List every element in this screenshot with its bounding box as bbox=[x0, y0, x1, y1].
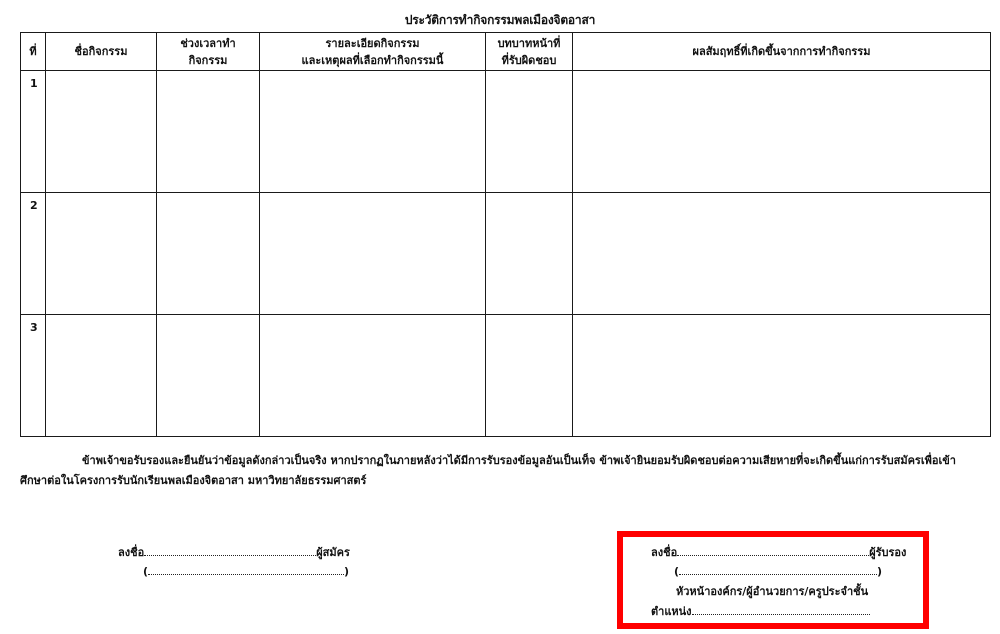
certifier-position-line: ตำแหน่ง bbox=[651, 602, 870, 622]
certifier-position-label: ตำแหน่ง bbox=[651, 605, 692, 618]
certifier-title-label: หัวหน้าองค์กร/ผู้อำนวยการ/ครูประจำชั้น bbox=[676, 582, 868, 602]
certifier-name-line: () bbox=[674, 562, 882, 582]
activity-period-cell[interactable] bbox=[157, 315, 260, 437]
activity-details-cell[interactable] bbox=[260, 193, 486, 315]
certifier-position-field[interactable] bbox=[692, 603, 870, 615]
result-cell[interactable] bbox=[573, 193, 991, 315]
header-activity-name: ชื่อกิจกรรม bbox=[46, 33, 157, 71]
activity-period-cell[interactable] bbox=[157, 71, 260, 193]
result-cell[interactable] bbox=[573, 71, 991, 193]
certifier-signature-field[interactable] bbox=[677, 544, 869, 556]
close-paren: ) bbox=[877, 565, 882, 578]
row-number: 2 bbox=[21, 193, 46, 315]
activity-name-cell[interactable] bbox=[46, 315, 157, 437]
table-row: 3 bbox=[21, 315, 991, 437]
header-result: ผลสัมฤทธิ์ที่เกิดขึ้นจากการทำกิจกรรม bbox=[573, 33, 991, 71]
result-cell[interactable] bbox=[573, 315, 991, 437]
role-cell[interactable] bbox=[486, 71, 573, 193]
activity-name-cell[interactable] bbox=[46, 193, 157, 315]
declaration-paragraph: ข้าพเจ้าขอรับรองและยืนยันว่าข้อมูลดังกล่… bbox=[20, 451, 980, 491]
activity-name-cell[interactable] bbox=[46, 71, 157, 193]
row-number: 3 bbox=[21, 315, 46, 437]
row-number: 1 bbox=[21, 71, 46, 193]
document-title: ประวัติการทำกิจกรรมพลเมืองจิตอาสา bbox=[0, 11, 1000, 30]
header-activity-period: ช่วงเวลาทำกิจกรรม bbox=[157, 33, 260, 71]
certifier-signature-line: ลงชื่อผู้รับรอง bbox=[651, 543, 906, 563]
header-activity-details: รายละเอียดกิจกรรมและเหตุผลที่เลือกทำกิจก… bbox=[260, 33, 486, 71]
role-cell[interactable] bbox=[486, 315, 573, 437]
applicant-sign-label: ลงชื่อ bbox=[118, 546, 144, 559]
applicant-name-field[interactable] bbox=[148, 563, 344, 575]
close-paren: ) bbox=[344, 565, 349, 578]
certifier-name-field[interactable] bbox=[679, 563, 877, 575]
applicant-signature-line: ลงชื่อผู้สมัคร bbox=[118, 543, 350, 563]
activity-details-cell[interactable] bbox=[260, 71, 486, 193]
applicant-role-label: ผู้สมัคร bbox=[316, 546, 350, 559]
header-number: ที่ bbox=[21, 33, 46, 71]
activity-history-table: ที่ ชื่อกิจกรรม ช่วงเวลาทำกิจกรรม รายละเ… bbox=[20, 32, 991, 437]
table-row: 2 bbox=[21, 193, 991, 315]
table-row: 1 bbox=[21, 71, 991, 193]
table-header-row: ที่ ชื่อกิจกรรม ช่วงเวลาทำกิจกรรม รายละเ… bbox=[21, 33, 991, 71]
certifier-sign-label: ลงชื่อ bbox=[651, 546, 677, 559]
declaration-line-1: ข้าพเจ้าขอรับรองและยืนยันว่าข้อมูลดังกล่… bbox=[20, 451, 980, 471]
applicant-name-line: () bbox=[143, 562, 349, 582]
declaration-line-2: ศึกษาต่อในโครงการรับนักเรียนพลเมืองจิตอา… bbox=[20, 471, 980, 491]
applicant-signature-field[interactable] bbox=[144, 544, 316, 556]
activity-period-cell[interactable] bbox=[157, 193, 260, 315]
header-role: บทบาทหน้าที่ที่รับผิดชอบ bbox=[486, 33, 573, 71]
certifier-role-label: ผู้รับรอง bbox=[869, 546, 906, 559]
role-cell[interactable] bbox=[486, 193, 573, 315]
activity-details-cell[interactable] bbox=[260, 315, 486, 437]
